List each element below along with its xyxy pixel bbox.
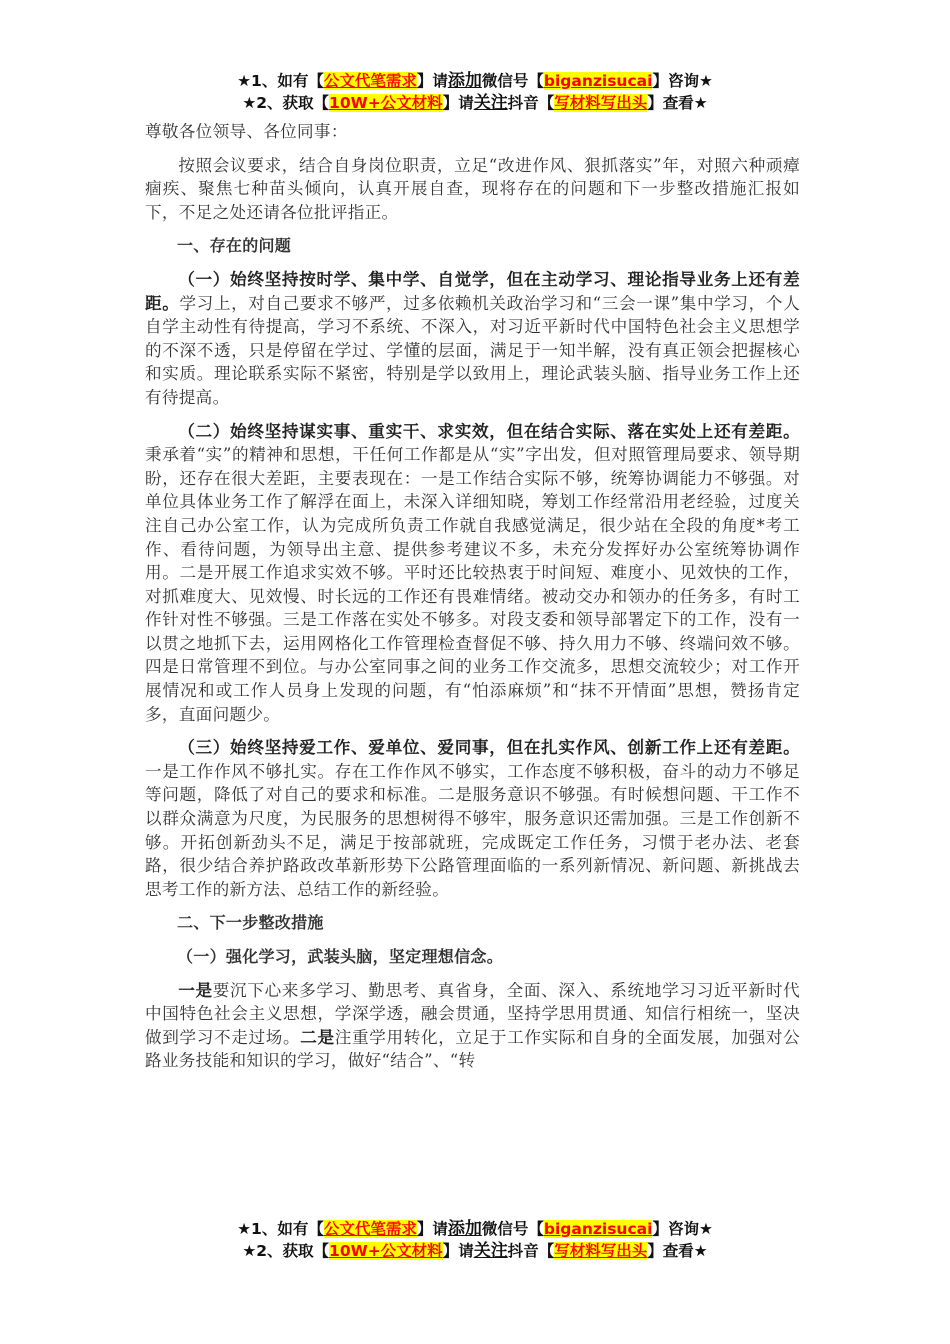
- section-2-paragraph-1: 一是要沉下心来多学习、勤思考、真省身，全面、深入、系统地学习习近平新时代中国特色…: [145, 979, 800, 1073]
- top-promo-banner: ★1、如有【公文代笔需求】请添加微信号【biganzisucai】咨询★ ★2、…: [0, 70, 950, 114]
- section-2-subheading-1: （一）强化学习，武装头脑，坚定理想信念。: [145, 945, 800, 969]
- promo-douyin-id: 写材料写出头: [554, 94, 647, 112]
- point-label: 二是: [300, 1027, 335, 1047]
- promo-line-2: ★2、获取【10W+公文材料】请关注抖音【写材料写出头】查看★: [0, 1240, 950, 1262]
- paragraph-heading: （二）始终坚持谋实事、重实干、求实效，但在结合实际、落在实处上还有差距。: [178, 421, 800, 441]
- promo-text: ★1、如有【: [237, 1220, 324, 1238]
- promo-text: 】请: [443, 94, 474, 112]
- section-1-paragraph-3: （三）始终坚持爱工作、爱单位、爱同事，但在扎实作风、创新工作上还有差距。一是工作…: [145, 736, 800, 901]
- promo-highlight: 10W+公文材料: [329, 1242, 443, 1260]
- promo-text: 】查看★: [647, 1242, 707, 1260]
- promo-highlight: 公文代笔需求: [324, 1220, 417, 1238]
- paragraph-text: 学习上，对自己要求不够严，过多依赖机关政治学习和“三会一课”集中学习，个人自学主…: [145, 294, 800, 407]
- promo-underline: 添加: [448, 71, 482, 91]
- promo-text: 】咨询★: [652, 1220, 712, 1238]
- paragraph-text: 秉承着“实”的精神和思想，干任何工作都是从“实”字出发，但对照管理局要求、领导期…: [145, 445, 800, 724]
- section-1-paragraph-1: （一）始终坚持按时学、集中学、自觉学，但在主动学习、理论指导业务上还有差距。学习…: [145, 268, 800, 410]
- promo-underline: 添加: [448, 1219, 482, 1239]
- promo-wechat-id: biganzisucai: [544, 1220, 653, 1238]
- section-2-heading: 二、下一步整改措施: [145, 911, 800, 935]
- section-1-heading: 一、存在的问题: [145, 234, 800, 258]
- promo-text: 】请: [443, 1242, 474, 1260]
- promo-text: 微信号【: [482, 1220, 544, 1238]
- section-1-paragraph-2: （二）始终坚持谋实事、重实干、求实效，但在结合实际、落在实处上还有差距。秉承着“…: [145, 420, 800, 727]
- promo-text: 微信号【: [482, 72, 544, 90]
- promo-text: 】查看★: [647, 94, 707, 112]
- promo-text: 抖音【: [508, 94, 555, 112]
- promo-text: ★1、如有【: [237, 72, 324, 90]
- promo-text: 】请: [417, 1220, 448, 1238]
- paragraph-heading: （三）始终坚持爱工作、爱单位、爱同事，但在扎实作风、创新工作上还有差距。: [178, 737, 800, 757]
- intro-paragraph: 按照会议要求，结合自身岗位职责，立足“改进作风、狠抓落实”年，对照六种顽瘴痼疾、…: [145, 154, 800, 225]
- document-body: 尊敬各位领导、各位同事： 按照会议要求，结合自身岗位职责，立足“改进作风、狠抓落…: [145, 120, 800, 1073]
- promo-highlight: 公文代笔需求: [324, 72, 417, 90]
- promo-text: 】请: [417, 72, 448, 90]
- promo-text: 】咨询★: [652, 72, 712, 90]
- promo-douyin-id: 写材料写出头: [554, 1242, 647, 1260]
- promo-underline: 关注: [474, 1241, 508, 1261]
- promo-line-1: ★1、如有【公文代笔需求】请添加微信号【biganzisucai】咨询★: [0, 1218, 950, 1240]
- salutation: 尊敬各位领导、各位同事：: [145, 120, 800, 144]
- point-label: 一是: [178, 980, 213, 1000]
- bottom-promo-banner: ★1、如有【公文代笔需求】请添加微信号【biganzisucai】咨询★ ★2、…: [0, 1218, 950, 1262]
- promo-underline: 关注: [474, 93, 508, 113]
- promo-text: ★2、获取【: [242, 1242, 329, 1260]
- promo-wechat-id: biganzisucai: [544, 72, 653, 90]
- promo-text: 抖音【: [508, 1242, 555, 1260]
- promo-line-1: ★1、如有【公文代笔需求】请添加微信号【biganzisucai】咨询★: [0, 70, 950, 92]
- promo-line-2: ★2、获取【10W+公文材料】请关注抖音【写材料写出头】查看★: [0, 92, 950, 114]
- promo-text: ★2、获取【: [242, 94, 329, 112]
- promo-highlight: 10W+公文材料: [329, 94, 443, 112]
- paragraph-text: 一是工作作风不够扎实。存在工作作风不够实，工作态度不够积极，奋斗的动力不够足等问…: [145, 762, 800, 899]
